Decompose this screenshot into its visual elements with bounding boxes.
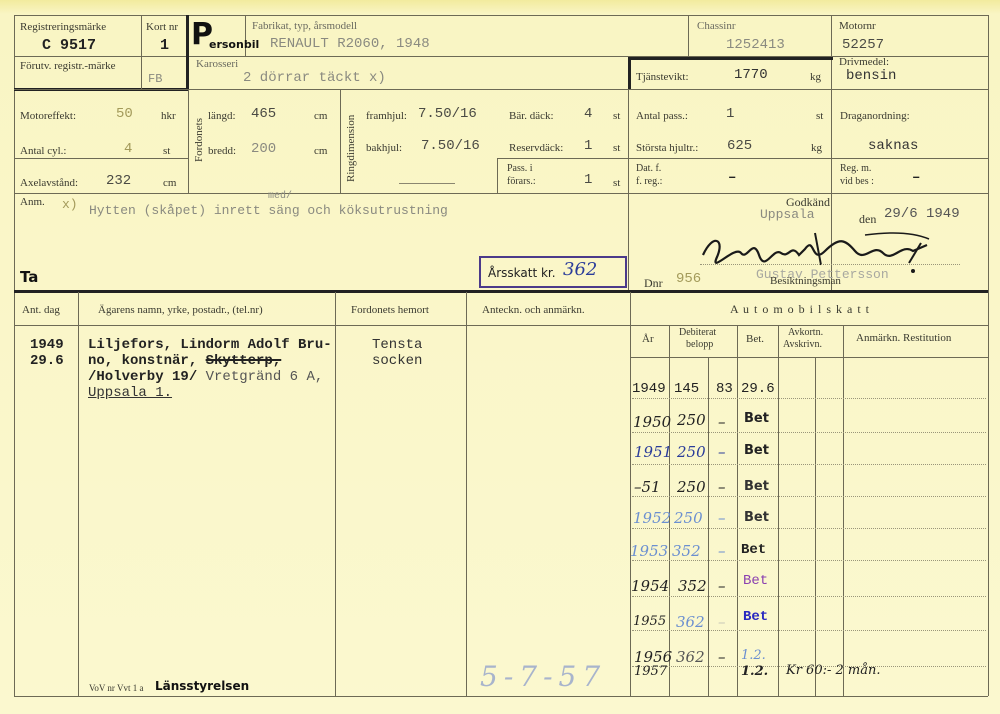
owners-header-home: Fordonets hemort: [351, 304, 429, 316]
spare-value: 1: [584, 138, 592, 154]
tax-kr: 362: [676, 648, 705, 666]
tax-ore: –: [718, 509, 726, 527]
tax-ore: –: [718, 648, 726, 666]
reg-inspection-value: –: [912, 170, 920, 186]
first-reg-label2: f. reg.:: [636, 177, 662, 187]
tax-header-paid: Bet.: [746, 333, 764, 345]
wheelbase-unit: cm: [163, 177, 176, 189]
form-code: VoV nr Vvt 1 a: [89, 683, 144, 693]
fuel-value: bensin: [846, 68, 896, 84]
owners-header-notes: Anteckn. och anmärkn.: [482, 304, 585, 316]
rim-dimension-label: Ringdimension: [345, 115, 357, 182]
tax-year: 1953: [630, 542, 668, 560]
tax-header-reduced1: Avkortn.: [788, 328, 823, 338]
rear-wheel-label: bakhjul:: [366, 142, 402, 154]
tax-kr: 250: [677, 443, 706, 461]
engine-power-unit: hkr: [161, 110, 176, 122]
first-reg-label1: Dat. f.: [636, 164, 661, 174]
registration-label: Registreringsmärke: [20, 21, 106, 33]
tax-header-notes: Anmärkn. Restitution: [856, 332, 951, 344]
reg-inspection-label1: Reg. m.: [840, 164, 871, 174]
passengers-unit: st: [816, 110, 823, 122]
card-no-label: Kort nr: [146, 21, 178, 33]
approval-date: 29/6 1949: [884, 206, 960, 222]
max-wheel-value: 625: [727, 138, 752, 154]
tax-kr: 250: [677, 411, 706, 429]
tax-kr: 362: [676, 613, 705, 631]
tax-paid: 1.2.: [741, 664, 768, 679]
tax-paid: 29.6: [741, 381, 775, 397]
make-value: RENAULT R2060, 1948: [270, 36, 430, 52]
tax-ore: –: [718, 613, 726, 631]
tax-ore: –: [718, 542, 726, 560]
tax-kr: 145: [674, 381, 699, 397]
owner-line4: Uppsala 1.: [88, 385, 172, 401]
spare-label: Reservdäck:: [509, 142, 563, 154]
remarks-label: Anm.: [20, 196, 45, 208]
engine-power-label: Motoreffekt:: [20, 110, 76, 122]
tax-paid: Bet: [744, 411, 769, 426]
tyres-unit: st: [613, 110, 620, 122]
chassis-label: Chassinr: [697, 20, 736, 32]
tax-paid: Bet: [743, 609, 768, 625]
pass-driver-label1: Pass. i: [507, 164, 533, 174]
make-label: Fabrikat, typ, årsmodell: [252, 20, 357, 32]
tax-kr: 250: [677, 478, 706, 496]
stamp-date: 5-7-57: [480, 660, 606, 693]
frame-bottom: [14, 696, 988, 697]
tax-paid: Bet: [743, 573, 768, 589]
engine-no-label: Motornr: [839, 20, 876, 32]
registration-card: Registreringsmärke C 9517 Förutv. regist…: [0, 0, 1000, 714]
service-weight-unit: kg: [810, 71, 821, 83]
owner-line2: no, konstnär, Skytterp,: [88, 353, 281, 369]
tax-year: 1954: [631, 577, 669, 595]
body-value: 2 dörrar täckt x): [243, 70, 386, 86]
tyres-label: Bär. däck:: [509, 110, 554, 122]
wheelbase-value: 232: [106, 173, 131, 189]
owner-line1: Liljefors, Lindorm Adolf Bru-: [88, 337, 332, 353]
owners-header-date: Ant. dag: [22, 304, 60, 316]
tax-header-debited2: belopp: [686, 340, 713, 350]
annual-tax-stamp: Årsskatt kr. 362: [479, 256, 627, 288]
first-reg-value: –: [728, 170, 736, 186]
tax-paid: Bet: [744, 510, 769, 525]
fuel-label: Drivmedel:: [839, 56, 889, 68]
reg-inspection-label2: vid bes :: [840, 177, 874, 187]
authority-label: Länsstyrelsen: [155, 679, 249, 693]
owner-home: Tensta: [372, 337, 422, 353]
width-label: bredd:: [208, 145, 236, 157]
tax-header-debited1: Debiterat: [679, 328, 716, 338]
chassis-value: 1252413: [726, 37, 785, 53]
registration-number: C 9517: [42, 37, 96, 54]
spare-unit: st: [613, 142, 620, 154]
towing-label: Draganordning:: [840, 110, 910, 122]
annual-tax-label: Årsskatt kr.: [488, 266, 556, 280]
annual-tax-value: 362: [563, 259, 597, 280]
tax-year: 1951: [634, 443, 672, 461]
tax-year: –51: [634, 478, 661, 496]
owner-date-day: 29.6: [30, 353, 64, 369]
pass-driver-unit: st: [613, 177, 620, 189]
owner-struck-address: Skytterp,: [206, 353, 282, 369]
tax-ore: –: [718, 577, 726, 595]
tax-paid: 1.2.: [741, 648, 766, 663]
tax-year: 1949: [632, 381, 666, 397]
dnr-value: 956: [676, 271, 701, 287]
length-label: längd:: [208, 110, 236, 122]
tax-kr: 352: [678, 577, 707, 595]
frame-right: [988, 15, 989, 696]
service-weight-value: 1770: [734, 67, 768, 83]
engine-power-value: 50: [116, 106, 133, 122]
tax-notes: Kr 60:- 2 mån.: [786, 663, 881, 678]
service-weight-label: Tjänstevikt:: [636, 71, 689, 83]
tax-ore: –: [718, 443, 726, 461]
wheelbase-label: Axelavstånd:: [20, 177, 78, 189]
length-value: 465: [251, 106, 276, 122]
tax-ore: –: [718, 413, 726, 431]
max-wheel-label: Största hjultr.:: [636, 142, 698, 154]
owner-line3: /Holverby 19/ Vretgränd 6 A,: [88, 369, 323, 385]
engine-no-value: 52257: [842, 37, 884, 53]
cylinders-label: Antal cyl.:: [20, 145, 66, 157]
dnr-label: Dnr: [644, 276, 663, 291]
tax-year: 1957: [634, 664, 667, 679]
cylinders-unit: st: [163, 145, 170, 157]
tax-year: 1952: [633, 509, 671, 527]
tax-ore: –: [718, 478, 726, 496]
tax-kr: 250: [674, 509, 703, 527]
owners-header-name: Ägarens namn, yrke, postadr., (tel.nr): [98, 304, 263, 316]
front-wheel-label: framhjul:: [366, 110, 407, 122]
towing-value: saknas: [868, 138, 918, 154]
passengers-value: 1: [726, 106, 734, 122]
tax-header-reduced2: Avskrivn.: [783, 340, 822, 350]
owner-home2: socken: [372, 353, 422, 369]
tax-kr: 352: [672, 542, 701, 560]
vehicle-dims-label: Fordonets: [193, 118, 205, 162]
approval-place: Uppsala: [760, 207, 815, 222]
front-wheel-value: 7.50/16: [418, 106, 477, 122]
card-no-value: 1: [160, 37, 169, 54]
tax-class: Ta: [20, 268, 38, 286]
prev-registration-label: Förutv. registr.-märke: [20, 60, 116, 72]
length-unit: cm: [314, 110, 327, 122]
passengers-label: Antal pass.:: [636, 110, 688, 122]
rear-wheel-value: 7.50/16: [421, 138, 480, 154]
tax-paid: Bet: [744, 479, 769, 494]
tax-header-year: År: [642, 333, 654, 345]
tax-year: 1950: [633, 413, 671, 431]
tax-title: A u t o m o b i l s k a t t: [730, 302, 870, 317]
pass-driver-label2: förars.:: [507, 177, 536, 187]
tax-ore: 83: [716, 381, 733, 397]
tyres-value: 4: [584, 106, 592, 122]
remarks-insert: med/: [268, 191, 292, 202]
remarks-text: Hytten (skåpet) inrett säng och köksutru…: [89, 203, 448, 218]
owner-date-year: 1949: [30, 337, 64, 353]
frame-left: [14, 15, 15, 696]
vehicle-type-label: ersonbil: [209, 38, 259, 51]
inspector-label: Besiktningsman: [770, 275, 841, 287]
max-wheel-unit: kg: [811, 142, 822, 154]
remarks-marker: x): [62, 197, 78, 212]
body-label: Karosseri: [196, 58, 238, 70]
pass-driver-value: 1: [584, 172, 592, 188]
tax-year: 1955: [633, 614, 666, 629]
prev-registration-code: FB: [148, 72, 162, 86]
tax-paid: Bet: [741, 542, 766, 558]
tax-paid: Bet: [744, 443, 769, 458]
width-value: 200: [251, 141, 276, 157]
cylinders-value: 4: [124, 141, 132, 157]
frame-top: [14, 15, 988, 16]
width-unit: cm: [314, 145, 327, 157]
